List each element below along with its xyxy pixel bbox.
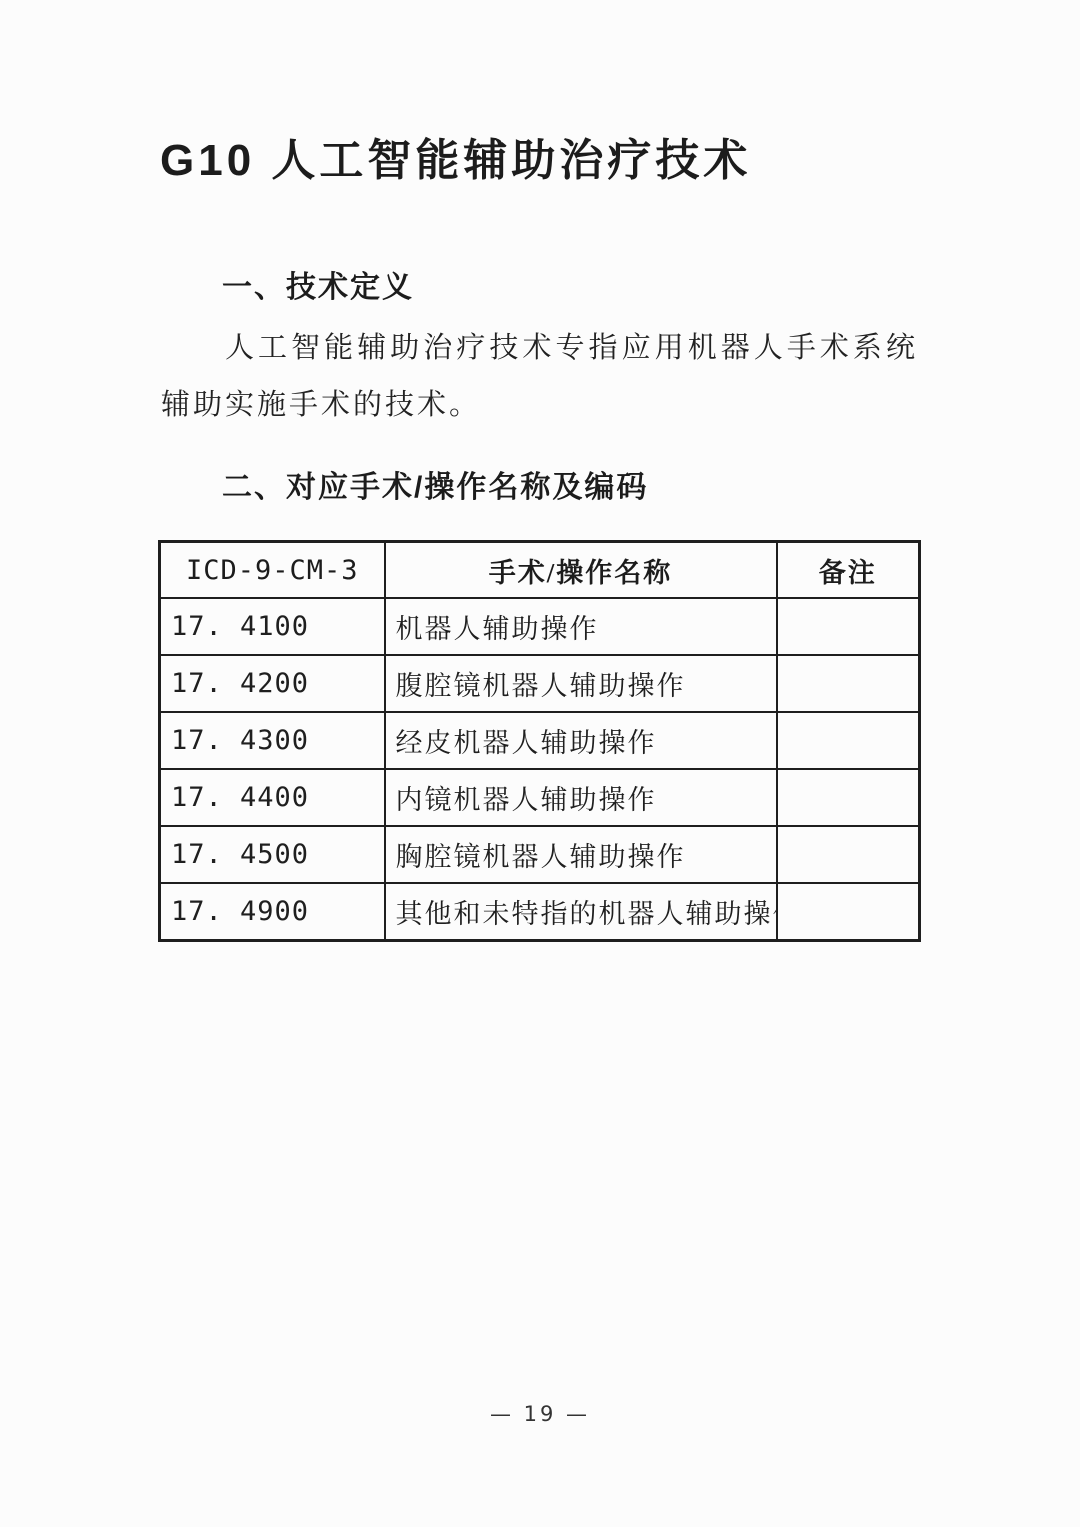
note-cell	[777, 712, 920, 769]
table-row: 17. 4100 机器人辅助操作	[160, 598, 920, 655]
page-number: — 19 —	[0, 1402, 1080, 1426]
icd-code-cell: 17. 4400	[160, 769, 385, 826]
table-header-note: 备注	[777, 542, 920, 599]
section1-heading: 一、技术定义	[222, 262, 414, 306]
note-cell	[777, 883, 920, 941]
icd-code-cell: 17. 4100	[160, 598, 385, 655]
table-header-row: ICD-9-CM-3 手术/操作名称 备注	[160, 542, 920, 599]
note-cell	[777, 598, 920, 655]
page-title: G10 人工智能辅助治疗技术	[160, 124, 751, 188]
note-cell	[777, 655, 920, 712]
table-header-operation-name: 手术/操作名称	[385, 542, 777, 599]
note-cell	[777, 769, 920, 826]
note-cell	[777, 826, 920, 883]
document-page: G10 人工智能辅助治疗技术 一、技术定义 人工智能辅助治疗技术专指应用机器人手…	[0, 0, 1080, 1527]
section2-heading: 二、对应手术/操作名称及编码	[222, 462, 648, 506]
table-header-icd-code: ICD-9-CM-3	[160, 542, 385, 599]
icd-code-cell: 17. 4200	[160, 655, 385, 712]
table-row: 17. 4900 其他和未特指的机器人辅助操作	[160, 883, 920, 941]
icd-code-cell: 17. 4300	[160, 712, 385, 769]
icd-code-table: ICD-9-CM-3 手术/操作名称 备注 17. 4100 机器人辅助操作 1…	[158, 540, 921, 942]
operation-name-cell: 腹腔镜机器人辅助操作	[385, 655, 777, 712]
table-row: 17. 4200 腹腔镜机器人辅助操作	[160, 655, 920, 712]
icd-code-cell: 17. 4500	[160, 826, 385, 883]
operation-name-cell: 内镜机器人辅助操作	[385, 769, 777, 826]
operation-name-cell: 机器人辅助操作	[385, 598, 777, 655]
icd-code-cell: 17. 4900	[160, 883, 385, 941]
table-row: 17. 4500 胸腔镜机器人辅助操作	[160, 826, 920, 883]
section1-body-paragraph: 人工智能辅助治疗技术专指应用机器人手术系统辅助实施手术的技术。	[161, 320, 918, 434]
table-row: 17. 4400 内镜机器人辅助操作	[160, 769, 920, 826]
operation-name-cell: 胸腔镜机器人辅助操作	[385, 826, 777, 883]
operation-name-cell: 其他和未特指的机器人辅助操作	[385, 883, 777, 941]
table-row: 17. 4300 经皮机器人辅助操作	[160, 712, 920, 769]
operation-name-cell: 经皮机器人辅助操作	[385, 712, 777, 769]
